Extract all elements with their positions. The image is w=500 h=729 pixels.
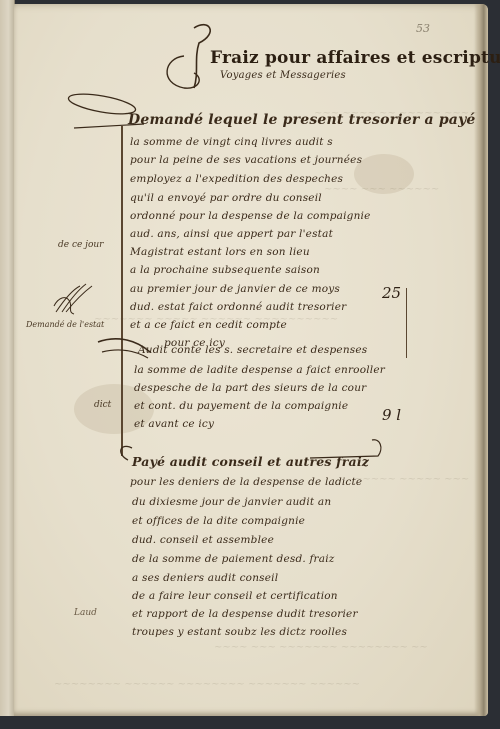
- text-line: Magistrat estant lors en son lieu: [130, 246, 310, 258]
- text-line: aud. ans, ainsi que appert par l'estat: [130, 228, 333, 240]
- text-line: de a faire leur conseil et certification: [132, 590, 338, 602]
- bleed-through-text: ~~~~ ~~~ ~~~~~~~ ~~~~~~~~ ~~: [214, 642, 428, 653]
- text-line: de la somme de paiement desd. fraiz: [132, 553, 335, 565]
- text-line: troupes y estant soubz les dictz roolles: [132, 626, 347, 638]
- text-line: et offices de la dite compaignie: [132, 515, 305, 527]
- text-line: et avant ce icy: [134, 418, 214, 430]
- text-line: a ses deniers audit conseil: [132, 572, 278, 584]
- folio-number: 53: [416, 22, 430, 35]
- text-line: despesche de la part des sieurs de la co…: [134, 382, 366, 394]
- text-line: employez a l'expedition des despeches: [130, 173, 343, 185]
- page-subheading: Voyages et Messageries: [220, 70, 346, 81]
- text-line: au premier jour de janvier de ce moys: [130, 283, 340, 295]
- margin-note: de ce jour: [58, 240, 103, 250]
- text-line: et a ce faict en cedit compte: [130, 319, 287, 331]
- text-line: pour la peine de ses vacations et journé…: [130, 154, 362, 166]
- text-line: pour les deniers de la despense de ladic…: [130, 476, 362, 488]
- text-line: ordonné pour la despense de la compaigni…: [130, 210, 371, 222]
- text-line: a la prochaine subsequente saison: [130, 264, 320, 276]
- bleed-through-text: ~~~~~~~~ ~~~~~~ ~~~~~~~~ ~~~~~~~ ~~~~~~: [54, 679, 360, 690]
- text-line: dud. conseil et assemblee: [132, 534, 274, 546]
- paraph-mark-icon: [44, 282, 104, 318]
- sum-stroke: [406, 288, 407, 358]
- margin-signature-note: Demandé de l'estat: [26, 320, 104, 329]
- text-line: et cont. du payement de la compaignie: [134, 400, 348, 412]
- facing-page-edge: [0, 0, 15, 716]
- text-line: la somme de ladite despense a faict enro…: [134, 364, 385, 376]
- text-line: la somme de vingt cinq livres audit s: [130, 136, 333, 148]
- manuscript-page: ~~~ ~~~~ ~~ ~~~~~ ~~~~ ~~~~ ~~~ ~~~~~~ ~…: [14, 4, 488, 716]
- margin-note: Laud: [74, 608, 97, 618]
- margin-rule: [121, 126, 123, 456]
- margin-note: dict: [94, 400, 111, 410]
- marginal-sum: 9 l: [382, 406, 401, 424]
- text-line: Demandé lequel le present tresorier a pa…: [128, 112, 476, 128]
- text-line: et rapport de la despense dudit tresorie…: [132, 608, 358, 620]
- text-line: qu'il a envoyé par ordre du conseil: [130, 192, 322, 204]
- page-heading: Fraiz pour affaires et escriptures: [210, 48, 500, 68]
- bleed-through-text: ~~~~~ ~~~~~ ~~~: [354, 474, 469, 485]
- text-line: dud. estat faict ordonné audit tresorier: [130, 301, 346, 313]
- marginal-sum: 25: [382, 284, 401, 302]
- text-line: du dixiesme jour de janvier audit an: [132, 496, 331, 508]
- text-line: Payé audit conseil et autres fraiz: [132, 454, 369, 469]
- text-line: Audit conte les s. secretaire et despens…: [138, 344, 367, 356]
- scanned-image: ~~~ ~~~~ ~~ ~~~~~ ~~~~ ~~~~ ~~~ ~~~~~~ ~…: [0, 0, 500, 729]
- stain: [354, 154, 414, 194]
